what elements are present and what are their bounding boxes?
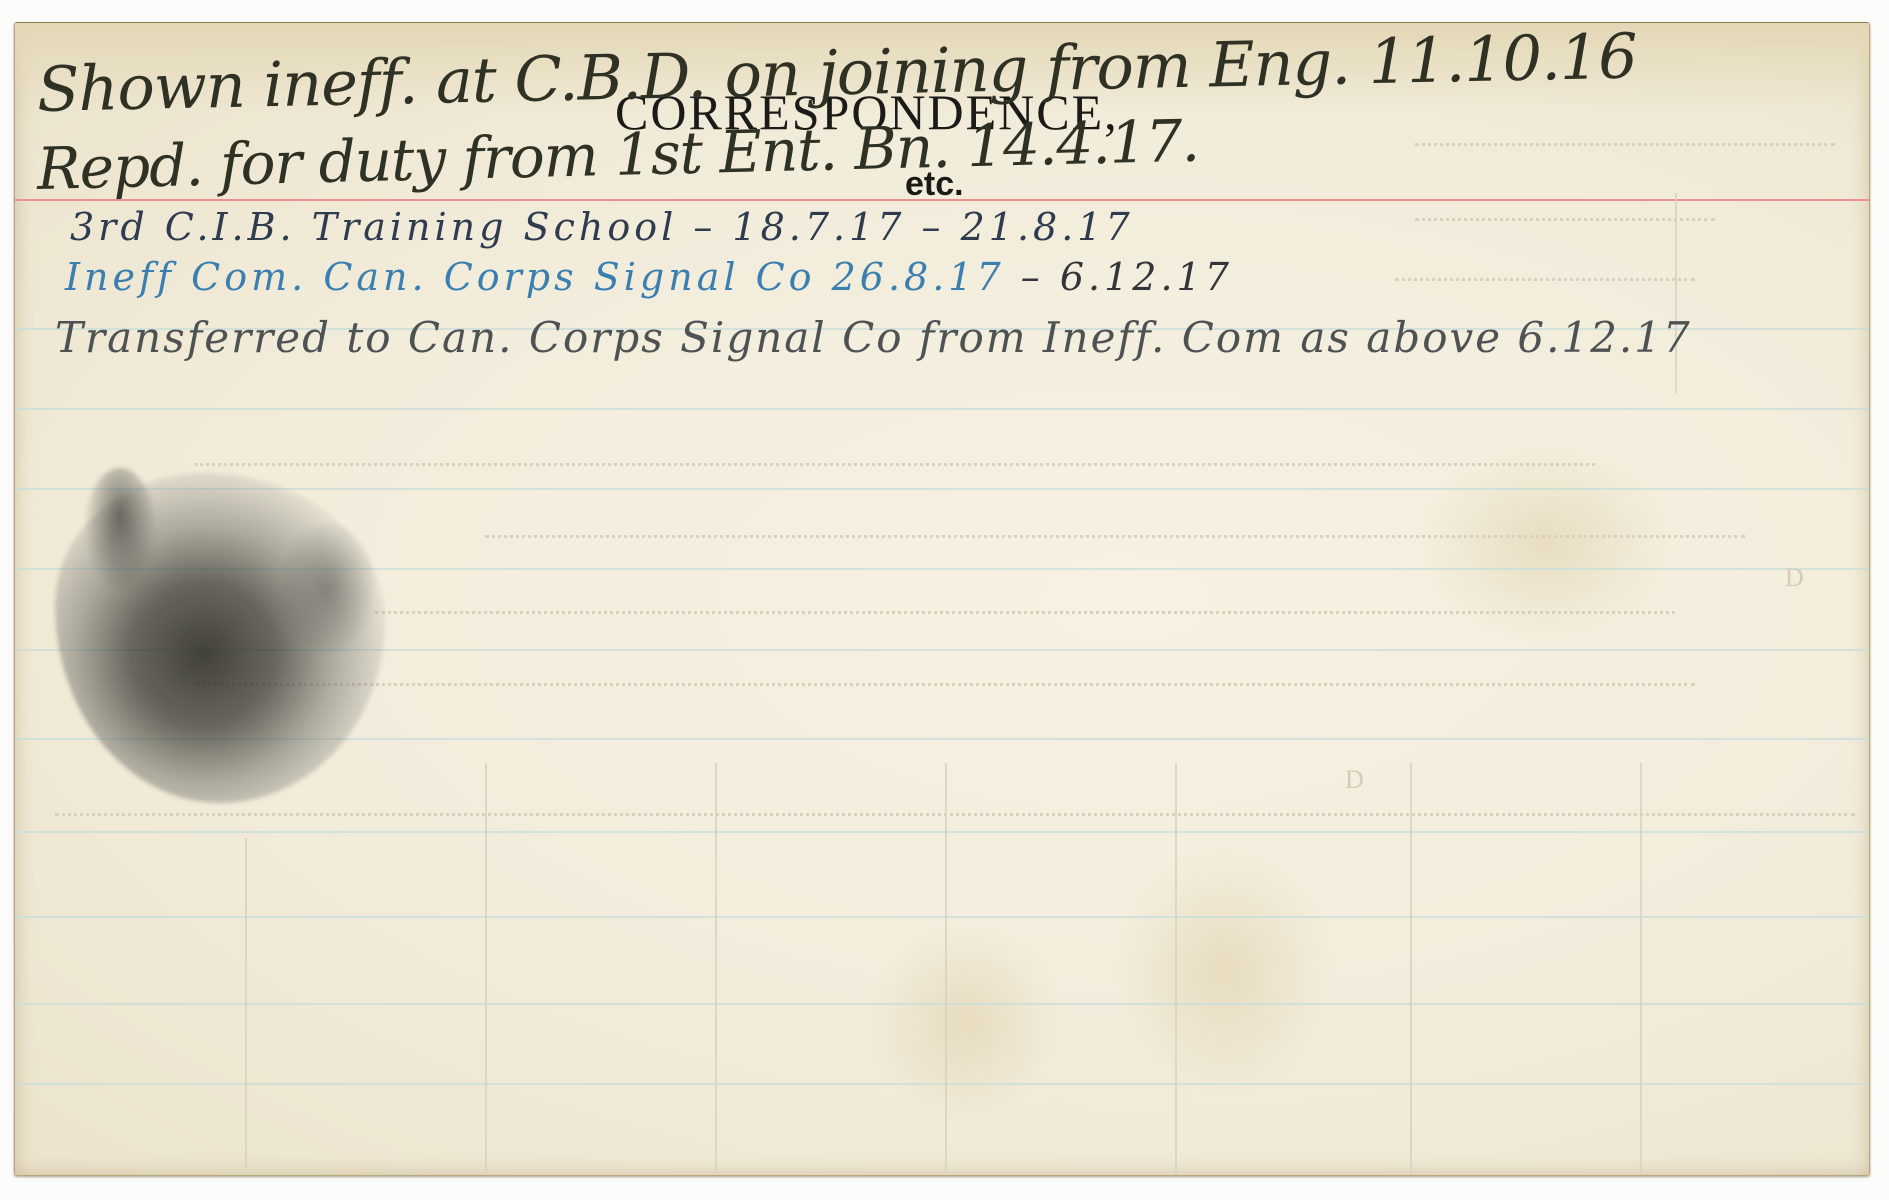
dotted-guide <box>195 463 1595 466</box>
handwritten-entry: Transferred to Can. Corps Signal Co from… <box>55 313 1692 362</box>
ruled-line <box>15 408 1869 410</box>
table-column-rule <box>485 763 487 1173</box>
handwritten-entry: 3rd C.I.B. Training School – 18.7.17 – 2… <box>70 205 1134 249</box>
stain <box>865 923 1065 1123</box>
table-column-rule <box>1640 763 1642 1173</box>
table-column-rule <box>1175 763 1177 1173</box>
handwritten-entry-main: Ineff Com. Can. Corps Signal Co 26.8.17 <box>65 255 1005 299</box>
dotted-guide <box>195 683 1695 686</box>
form-column-rule <box>1675 193 1677 393</box>
table-column-rule <box>715 763 717 1173</box>
ruled-line <box>15 488 1869 490</box>
dotted-guide <box>55 813 1855 816</box>
dotted-guide <box>1415 143 1835 146</box>
table-column-rule <box>1410 763 1412 1173</box>
dotted-guide <box>1415 218 1715 221</box>
stain <box>1115 843 1335 1103</box>
record-card: D D CORRESPONDENCE, etc. Shown ineff. at… <box>14 22 1870 1176</box>
ink-blot-smear <box>280 523 375 653</box>
ink-blot-smear <box>85 468 155 588</box>
ruled-line <box>15 1083 1869 1085</box>
ruled-line <box>15 1003 1869 1005</box>
ruled-line <box>15 916 1869 918</box>
ruled-line <box>15 831 1869 833</box>
table-column-rule <box>945 763 947 1173</box>
dotted-guide <box>375 611 1675 614</box>
handwritten-entry-tail: – 6.12.17 <box>1005 255 1233 299</box>
dotted-guide <box>485 535 1745 538</box>
handwritten-entry: Ineff Com. Can. Corps Signal Co 26.8.17 … <box>65 255 1233 299</box>
dotted-guide <box>1395 278 1695 281</box>
table-column-rule <box>245 838 247 1168</box>
faint-label: D <box>1785 563 1806 593</box>
faint-label: D <box>1345 765 1366 795</box>
